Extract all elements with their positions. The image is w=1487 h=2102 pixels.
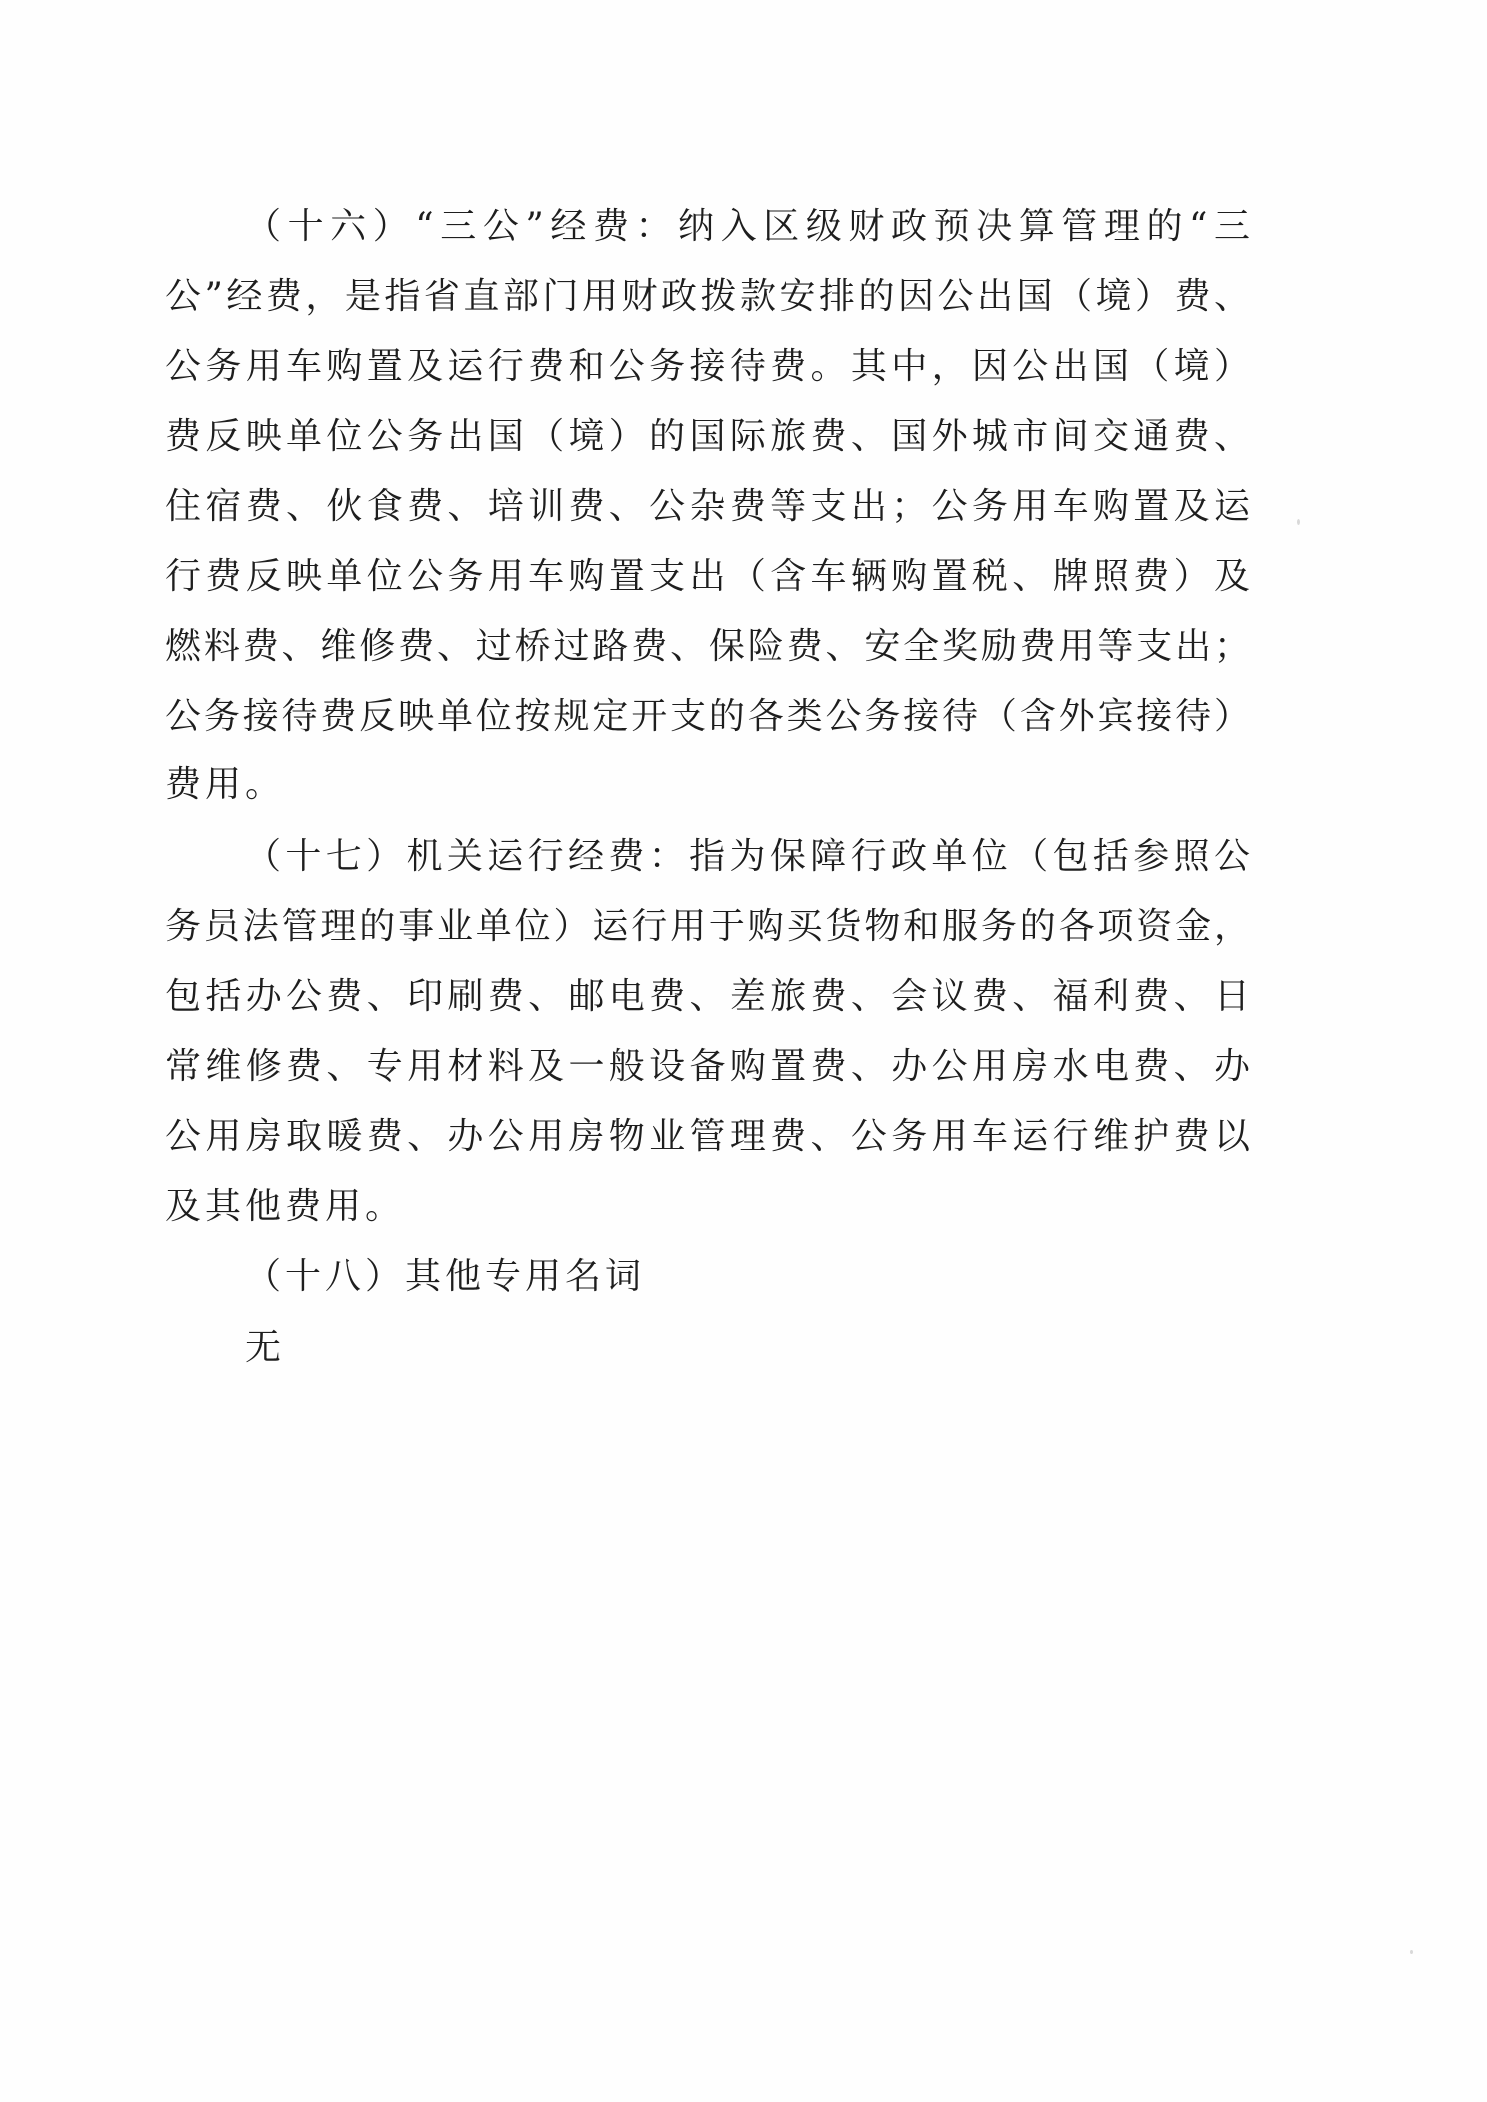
paragraph-line: 燃料费、维修费、过桥过路费、保险费、安全奖励费用等支出； [165,625,1250,669]
paragraph-line: 公”经费，是指省直部门用财政拨款安排的因公出国（境）费、 [165,275,1250,319]
scan-speck [1297,519,1300,525]
paragraph-line: （十六）“三公”经费：纳入区级财政预决算管理的“三 [245,205,1250,249]
paragraph-line: 务员法管理的事业单位）运行用于购买货物和服务的各项资金， [165,905,1250,949]
paragraph-line: 费用。 [165,763,1250,807]
section-heading: （十八）其他专用名词 [245,1255,1250,1299]
paragraph-line: 包括办公费、印刷费、邮电费、差旅费、会议费、福利费、日 [165,975,1250,1019]
paragraph-line: 公务接待费反映单位按规定开支的各类公务接待（含外宾接待） [165,695,1250,739]
paragraph-line: 公用房取暖费、办公用房物业管理费、公务用车运行维护费以 [165,1115,1250,1159]
paragraph-line: 费反映单位公务出国（境）的国际旅费、国外城市间交通费、 [165,415,1250,459]
scan-speck [1410,1950,1413,1954]
paragraph-line: （十七）机关运行经费：指为保障行政单位（包括参照公 [245,835,1250,879]
paragraph-line: 常维修费、专用材料及一般设备购置费、办公用房水电费、办 [165,1045,1250,1089]
paragraph-line: 住宿费、伙食费、培训费、公杂费等支出；公务用车购置及运 [165,485,1250,529]
paragraph-line: 行费反映单位公务用车购置支出（含车辆购置税、牌照费）及 [165,555,1250,599]
paragraph-line: 无 [245,1326,1250,1370]
document-page: （十六）“三公”经费：纳入区级财政预决算管理的“三 公”经费，是指省直部门用财政… [0,0,1487,2102]
paragraph-line: 公务用车购置及运行费和公务接待费。其中，因公出国（境） [165,345,1250,389]
paragraph-line: 及其他费用。 [165,1185,1250,1229]
